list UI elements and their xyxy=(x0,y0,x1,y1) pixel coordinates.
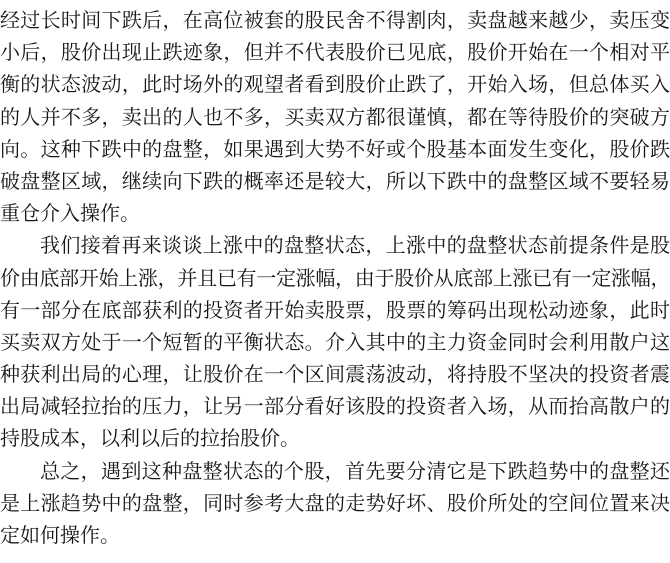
text-line: 持股成本，以利以后的拉抬股价。 xyxy=(0,423,670,455)
text-line: 我们接着再来谈谈上涨中的盘整状态，上涨中的盘整状态前提条件是股 xyxy=(0,230,670,262)
text-line: 破盘整区域，继续向下跌的概率还是较大，所以下跌中的盘整区域不要轻易 xyxy=(0,166,670,198)
text-line: 重仓介入操作。 xyxy=(0,198,670,230)
text-line: 出局减轻拉抬的压力，让另一部分看好该股的投资者入场，从而抬高散户的 xyxy=(0,391,670,423)
text-line: 种获利出局的心理，让股价在一个区间震荡波动，将持股不坚决的投资者震 xyxy=(0,359,670,391)
text-line: 价由底部开始上涨，并且已有一定涨幅，由于股价从底部上涨已有一定涨幅， xyxy=(0,263,670,295)
text-line: 衡的状态波动，此时场外的观望者看到股价止跌了，开始入场，但总体买入 xyxy=(0,69,670,101)
text-line: 总之，遇到这种盘整状态的个股，首先要分清它是下跌趋势中的盘整还 xyxy=(0,456,670,488)
text-line: 有一部分在底部获利的投资者开始卖股票，股票的筹码出现松动迹象，此时 xyxy=(0,295,670,327)
book-page: 经过长时间下跌后，在高位被套的股民舍不得割肉，卖盘越来越少，卖压变 小后，股价出… xyxy=(0,0,670,563)
text-line: 买卖双方处于一个短暂的平衡状态。介入其中的主力资金同时会利用散户这 xyxy=(0,327,670,359)
text-line: 小后，股价出现止跌迹象，但并不代表股价已见底，股价开始在一个相对平 xyxy=(0,37,670,69)
text-line: 经过长时间下跌后，在高位被套的股民舍不得割肉，卖盘越来越少，卖压变 xyxy=(0,5,670,37)
text-line: 向。这种下跌中的盘整，如果遇到大势不好或个股基本面发生变化，股价跌 xyxy=(0,134,670,166)
text-line: 定如何操作。 xyxy=(0,520,670,552)
text-line: 的人并不多，卖出的人也不多，买卖双方都很谨慎，都在等待股价的突破方 xyxy=(0,102,670,134)
text-line: 是上涨趋势中的盘整，同时参考大盘的走势好坏、股价所处的空间位置来决 xyxy=(0,488,670,520)
